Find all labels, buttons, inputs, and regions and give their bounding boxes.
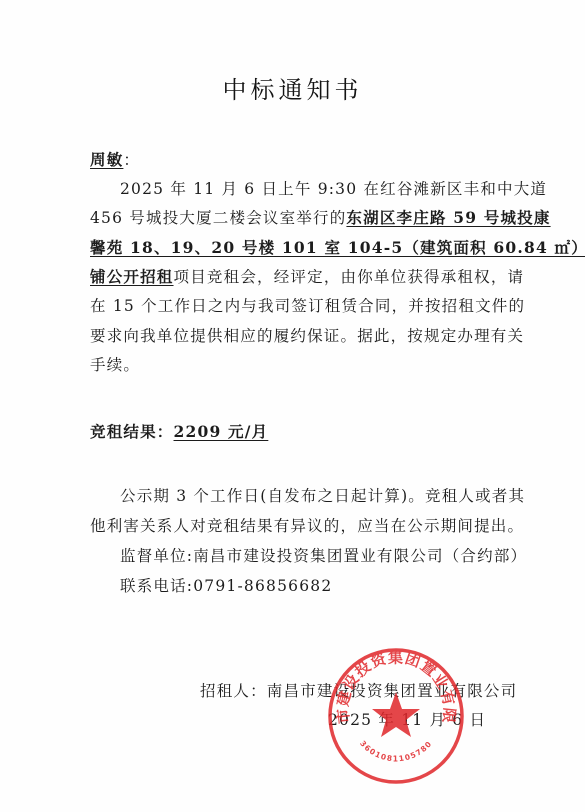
- body-line-1: 2025 年 11 月 6 日上午 9:30 在红谷滩新区丰和中大道: [120, 179, 547, 199]
- property-name-part-3: 铺公开招租: [90, 267, 174, 286]
- body-line-2: 456 号城投大厦二楼会议室举行的东湖区李庄路 59 号城投康: [90, 208, 551, 228]
- recipient-colon: ：: [123, 151, 140, 169]
- contact-line: 联系电话:0791-86856682: [120, 576, 332, 596]
- body-line-4: 铺公开招租项目竞租会，经评定，由你单位获得承租权，请: [90, 267, 524, 287]
- recipient-line: 周敏：: [90, 150, 140, 170]
- document-title: 中标通知书: [0, 70, 585, 105]
- body-line-7: 手续。: [90, 355, 140, 375]
- seal-code: 3601081105780: [358, 739, 434, 763]
- document-page: 中标通知书 周敏： 2025 年 11 月 6 日上午 9:30 在红谷滩新区丰…: [0, 0, 585, 812]
- notice-line-2: 他利害关系人对竞租结果有异议的，应当在公示期间提出。: [90, 516, 524, 536]
- lessor-line: 招租人：南昌市建设投资集团置业有限公司: [200, 681, 517, 701]
- body-line-6: 要求向我单位提供相应的履约保证。据此，按规定办理有关: [90, 326, 524, 346]
- signature-date: 2025 年 11 月 6 日: [328, 710, 486, 730]
- body-line-2-plain: 456 号城投大厦二楼会议室举行的: [90, 209, 346, 227]
- result-value: 2209 元/月: [174, 422, 269, 441]
- body-line-4-plain: 项目竞租会，经评定，由你单位获得承租权，请: [174, 268, 525, 286]
- property-name-part-2: 馨苑 18、19、20 号楼 101 室 104-5（建筑面积 60.84 ㎡）…: [90, 238, 585, 258]
- svg-text:3601081105780: 3601081105780: [358, 739, 434, 763]
- result-label: 竞租结果：: [90, 422, 174, 441]
- supervisor-line: 监督单位:南昌市建设投资集团置业有限公司（合约部）: [120, 546, 527, 566]
- result-line: 竞租结果：2209 元/月: [90, 422, 268, 442]
- recipient-name: 周敏: [90, 150, 123, 169]
- body-line-5: 在 15 个工作日之内与我司签订租赁合同，并按招租文件的: [90, 296, 525, 316]
- property-name-part-1: 东湖区李庄路 59 号城投康: [346, 208, 550, 227]
- notice-line-1: 公示期 3 个工作日(自发布之日起计算)。竞租人或者其: [120, 486, 525, 506]
